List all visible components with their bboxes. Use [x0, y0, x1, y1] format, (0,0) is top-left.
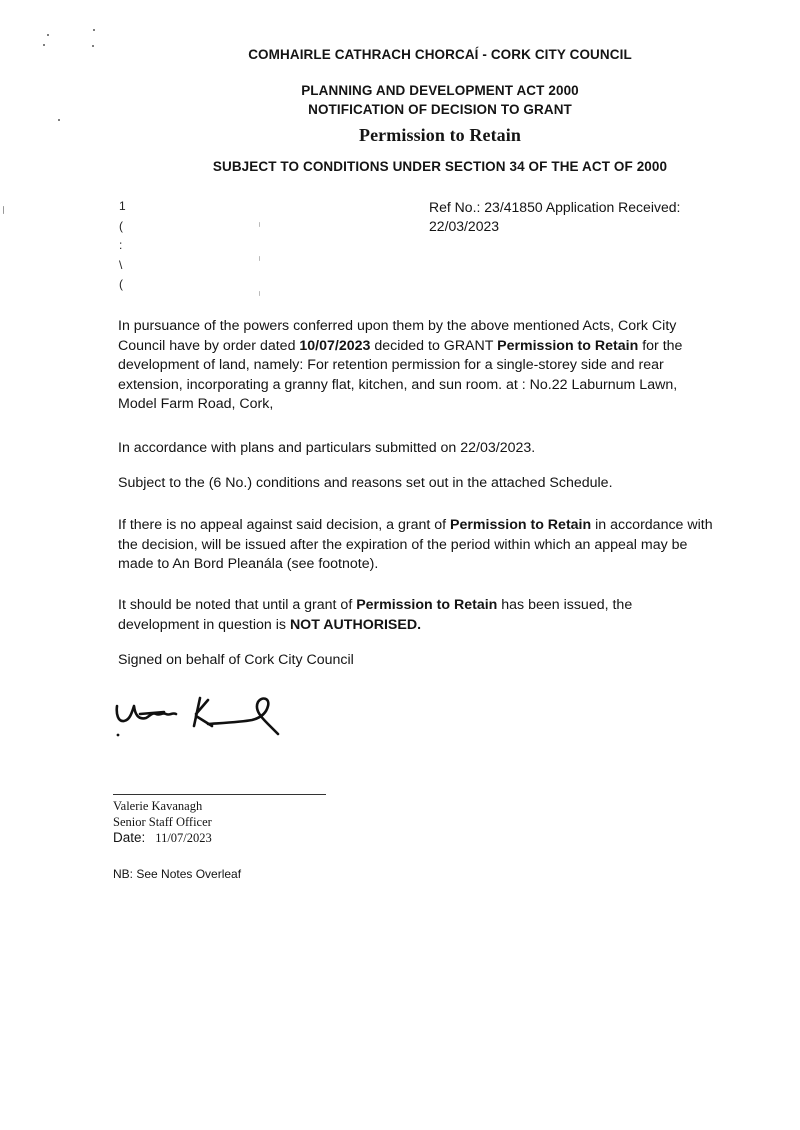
notification-title: NOTIFICATION OF DECISION TO GRANT	[0, 100, 800, 119]
text: decided to GRANT	[370, 338, 497, 354]
signed-date: 11/07/2023	[155, 831, 211, 845]
document-title: Permission to Retain	[0, 125, 800, 146]
council-name: COMHAIRLE CATHRACH CHORCAÍ - CORK CITY C…	[0, 47, 800, 62]
authorisation-paragraph: It should be noted that until a grant of…	[118, 596, 713, 635]
act-heading: PLANNING AND DEVELOPMENT ACT 2000 NOTIFI…	[0, 81, 800, 119]
received-date: 22/03/2023	[429, 218, 499, 234]
footer-note: NB: See Notes Overleaf	[113, 867, 241, 881]
subject-line: SUBJECT TO CONDITIONS UNDER SECTION 34 O…	[0, 159, 800, 174]
order-date: 10/07/2023	[299, 338, 370, 354]
reference-block: Ref No.: 23/41850 Application Received: …	[429, 198, 729, 236]
grant-type: Permission to Retain	[450, 517, 591, 533]
mark: :	[119, 236, 126, 256]
act-title: PLANNING AND DEVELOPMENT ACT 2000	[0, 81, 800, 100]
text: If there is no appeal against said decis…	[118, 517, 450, 533]
mark: (	[119, 275, 126, 295]
mark: (	[119, 217, 126, 237]
date-label: Date:	[113, 830, 145, 845]
appeal-paragraph: If there is no appeal against said decis…	[118, 516, 713, 575]
plans-paragraph: In accordance with plans and particulars…	[118, 439, 713, 459]
handwritten-signature	[112, 692, 292, 752]
authorisation-status: NOT AUTHORISED.	[290, 617, 421, 633]
signature-line	[113, 794, 326, 795]
text: It should be noted that until a grant of	[118, 597, 356, 613]
signed-on-behalf: Signed on behalf of Cork City Council	[118, 651, 713, 671]
conditions-paragraph: Subject to the (6 No.) conditions and re…	[118, 474, 713, 494]
grant-type: Permission to Retain	[497, 338, 638, 354]
grant-type: Permission to Retain	[356, 597, 497, 613]
mark: 1	[119, 197, 126, 217]
date-row: Date:11/07/2023	[113, 830, 212, 846]
decision-paragraph: In pursuance of the powers conferred upo…	[118, 317, 713, 415]
cropped-address-marks: 1 ( : \ (	[119, 197, 126, 295]
signatory-position: Senior Staff Officer	[113, 814, 212, 830]
ref-number: 23/41850	[484, 199, 542, 215]
signatory-block: Valerie Kavanagh Senior Staff Officer	[113, 798, 212, 830]
mark: \	[119, 256, 126, 276]
signatory-name: Valerie Kavanagh	[113, 798, 212, 814]
received-label: Application Received:	[546, 199, 681, 215]
ref-label: Ref No.:	[429, 199, 480, 215]
